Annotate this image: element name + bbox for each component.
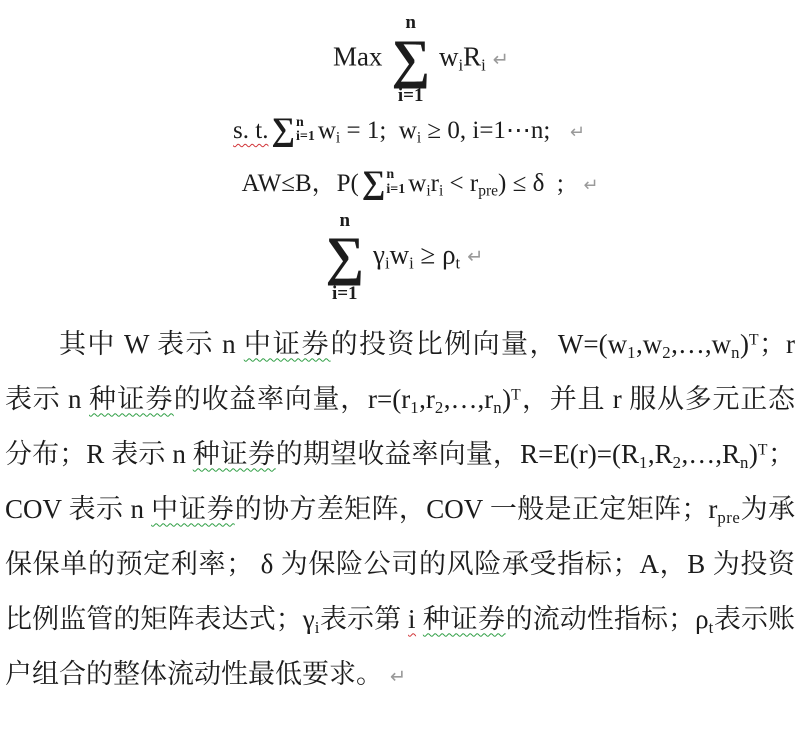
- grammar-flagged-text: 种证券: [423, 604, 506, 634]
- subscript: 1: [627, 343, 636, 362]
- summation-display-icon: n∑i=1: [391, 12, 430, 107]
- paragraph-mark-icon: ↵: [493, 48, 509, 71]
- sigma-icon: ∑: [391, 34, 430, 85]
- subscript: n: [731, 343, 740, 362]
- text-run: R: [463, 42, 481, 72]
- text-run: 其中 W 表示 n: [59, 329, 244, 359]
- subscript: pre: [717, 508, 740, 527]
- formula-objective-function: Maxn∑i=1wiRi↵: [42, 0, 800, 107]
- grammar-flagged-text: 种证券: [193, 439, 276, 469]
- grammar-flagged-text: 中证券: [151, 494, 235, 524]
- text-run: 的期望收益率向量，R=E(r)=(R: [276, 439, 639, 469]
- sigma-icon: ∑: [271, 114, 295, 147]
- summation-lower-limit: i=1: [296, 130, 315, 145]
- spellcheck-flagged-text: s. t.: [233, 117, 268, 144]
- explanation-paragraph: 其中 W 表示 n 中证券的投资比例向量，W=(w1,w2,…,wn)T；r 表…: [5, 317, 795, 704]
- superscript: T: [749, 331, 759, 348]
- text-run: w: [390, 239, 410, 269]
- summation-inline-icon: ∑ni=1: [271, 114, 314, 147]
- superscript: T: [511, 386, 521, 403]
- text-run: ): [740, 329, 749, 359]
- text-run: [416, 604, 423, 634]
- formula-constraint-budget: s. t.∑ni=1wi = 1; wi ≥ 0, i=1⋯n; ↵: [18, 115, 800, 149]
- subscript: t: [456, 253, 461, 272]
- sigma-icon: ∑: [362, 167, 386, 200]
- spellcheck-flagged-text: i: [408, 604, 416, 634]
- formula-constraint-regulatory: AW≤B，P(∑ni=1wiri < rpre) ≤ δ ; ↵: [40, 163, 800, 202]
- text-run: ,…,w: [671, 329, 731, 359]
- text-run: ,…,R: [682, 439, 741, 469]
- text-run: w: [318, 117, 336, 144]
- subscript: i: [481, 56, 486, 75]
- text-run: 的协方差矩阵，COV 一般是正定矩阵；r: [235, 494, 718, 524]
- text-run: ,R: [648, 439, 673, 469]
- summation-upper-limit: n: [386, 168, 394, 183]
- text-run: = 1; w: [340, 117, 417, 144]
- superscript: T: [758, 441, 768, 458]
- grammar-flagged-text: 种证券: [89, 384, 174, 414]
- subscript: n: [493, 398, 502, 417]
- grammar-flagged-text: 中证券: [244, 329, 331, 359]
- subscript: 2: [435, 398, 444, 417]
- subscript: 2: [662, 343, 671, 362]
- paragraph-mark-icon: ↵: [467, 245, 483, 268]
- text-run: < r: [443, 170, 478, 197]
- text-run: ): [749, 439, 758, 469]
- text-run: 的收益率向量，r=(r: [174, 384, 410, 414]
- summation-inline-icon: ∑ni=1: [362, 167, 405, 200]
- subscript: pre: [478, 182, 498, 199]
- text-run: ≥ 0, i=1⋯n;: [421, 117, 563, 144]
- summation-lower-limit: i=1: [398, 85, 424, 107]
- sigma-icon: ∑: [326, 231, 365, 282]
- summation-lower-limit: i=1: [386, 183, 405, 198]
- paragraph-mark-icon: ↵: [570, 122, 585, 143]
- text-run: ) ≤ δ ;: [498, 170, 576, 197]
- text-run: γ: [373, 239, 385, 269]
- summation-limits: ni=1: [386, 168, 405, 197]
- summation-limits: ni=1: [296, 116, 315, 145]
- text-run: 的流动性指标；ρ: [506, 604, 709, 634]
- formula-constraint-liquidity: n∑i=1γiwi ≥ ρt↵: [0, 210, 800, 305]
- summation-display-icon: n∑i=1: [326, 210, 365, 305]
- paragraph-mark-icon: ↵: [583, 175, 598, 196]
- text-run: 表示第: [320, 604, 408, 634]
- text-run: ,r: [419, 384, 435, 414]
- subscript: 1: [410, 398, 419, 417]
- text-run: 的投资比例向量，W=(w: [331, 329, 628, 359]
- text-run: ): [502, 384, 511, 414]
- summation-lower-limit: i=1: [332, 283, 358, 305]
- text-run: ,…,r: [444, 384, 494, 414]
- text-run: w: [439, 42, 459, 72]
- text-run: Max: [333, 42, 383, 72]
- subscript: 1: [639, 453, 648, 472]
- paragraph-mark-icon: ↵: [390, 665, 407, 688]
- text-run: w: [408, 170, 426, 197]
- subscript: 2: [673, 453, 682, 472]
- document-page: Maxn∑i=1wiRi↵ s. t.∑ni=1wi = 1; wi ≥ 0, …: [0, 0, 800, 734]
- subscript: n: [740, 453, 749, 472]
- text-run: r: [431, 170, 439, 197]
- text-run: ,w: [636, 329, 662, 359]
- summation-upper-limit: n: [296, 116, 304, 131]
- text-run: ≥ ρ: [414, 239, 456, 269]
- text-run: AW≤B，P(: [242, 170, 359, 197]
